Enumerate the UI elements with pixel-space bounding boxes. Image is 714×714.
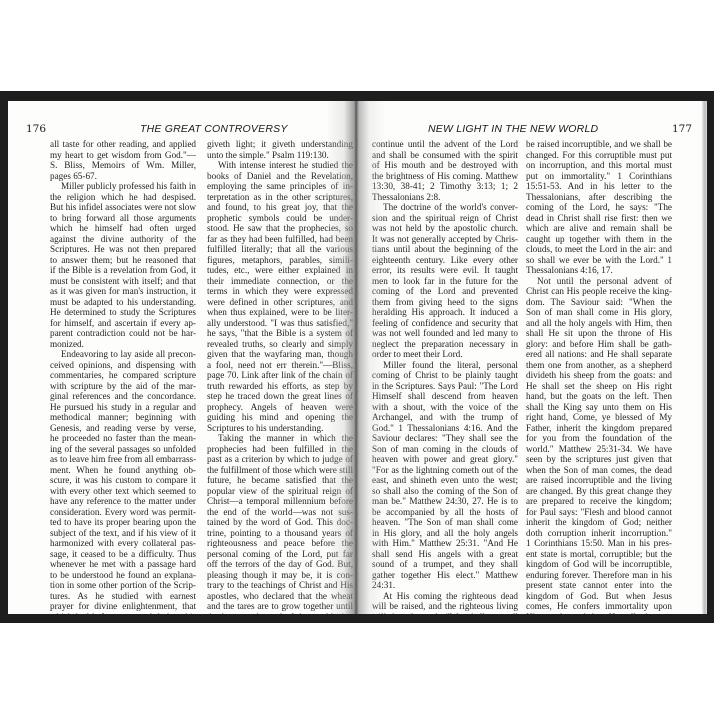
text-line: glory: and before Him shall be gath-	[526, 339, 672, 350]
text-line: caught up together with them in the	[526, 234, 672, 245]
text-line: was not well founded and led many to	[372, 328, 518, 339]
text-line: are raised incorruptible and the living	[526, 475, 672, 486]
text-line: a fool, need not err therein."—Bliss,	[207, 360, 353, 371]
text-line: stood. He saw that the prophecies, so	[207, 223, 353, 234]
text-line: will be raised, and the righteous living	[372, 601, 518, 612]
text-line: was not held by the apostolic church.	[372, 223, 518, 234]
right-page-number: 177	[672, 123, 692, 135]
paragraph: Taking the manner in which theprophecies…	[207, 433, 353, 614]
text-line: as to leave him free from all embarrass-	[50, 454, 196, 465]
text-line: parent contradiction could not be har-	[50, 328, 196, 339]
text-line: Scriptures to his understanding.	[207, 423, 353, 434]
text-line: trary to the teachings of Christ and His	[207, 580, 353, 591]
paragraph: The doctrine of the world's conver-sion …	[372, 202, 518, 360]
text-line: the harvest, the end of the world; that	[207, 612, 353, 615]
text-line: But his infidel associates were not slow	[50, 202, 196, 213]
paragraph: giveth light; it giveth understandingunt…	[207, 139, 353, 160]
text-line: shall the King say unto them on His	[526, 402, 672, 413]
text-line: for Paul says: "Flesh and blood cannot	[526, 507, 672, 518]
text-line: will be changed. "We shall not all	[372, 612, 518, 615]
text-line: Christ can His people receive the king-	[526, 286, 672, 297]
text-line: for himself, and ascertain if every ap-	[50, 318, 196, 329]
text-line: which had before appeared dark to his	[50, 612, 196, 615]
paragraph: Miller publicly professed his faith inth…	[50, 181, 196, 349]
text-line: to bring forward all those arguments	[50, 213, 196, 224]
text-line: my heart to get wisdom from God."—	[50, 150, 196, 161]
text-line: tained by the word of God. This doc-	[207, 517, 353, 528]
text-line: all taste for other reading, and applied	[50, 139, 196, 150]
text-line: eighteenth century. Like every other	[372, 255, 518, 266]
paragraph: continue until the advent of the Lordand…	[372, 139, 518, 202]
text-line: Not until the personal advent of	[526, 276, 672, 287]
text-line: coming of the Lord and prevented	[372, 286, 518, 297]
text-line: Son of man coming in the clouds of	[372, 444, 518, 455]
text-line: monized.	[50, 339, 196, 350]
text-line: ginal references and the concordance.	[50, 391, 196, 402]
text-line: 13:30, 38-41; 2 Timothy 3:13; 1; 2	[372, 181, 518, 192]
text-line: fulfilled literally; that all the variou…	[207, 244, 353, 255]
text-line: Christ—a temporal millennium before	[207, 496, 353, 507]
text-line: heralding His approach. It induced a	[372, 307, 518, 318]
text-line: tion in some other portion of the Scrip-	[50, 580, 196, 591]
text-line: S. Bliss, Memoirs of Wm. Miller,	[50, 160, 196, 171]
text-line: truth rewarded his efforts, as step by	[207, 381, 353, 392]
text-line: if the Bible is a revelation from God, i…	[50, 265, 196, 276]
text-line: 15:51-53. And in his letter to the	[526, 181, 672, 192]
page-edge	[702, 101, 707, 614]
text-line: have any reference to the matter under	[50, 496, 196, 507]
text-line: man be." Matthew 24:30, 27. He is to	[372, 496, 518, 507]
text-line: employing the same principles of in-	[207, 181, 353, 192]
text-line: shall send His angels with a great	[372, 549, 518, 560]
text-line: kingdom of God. But when Jesus	[526, 591, 672, 602]
text-line: pages 65-67.	[50, 171, 196, 182]
text-line: He shall set the sheep on His right	[526, 381, 672, 392]
text-line: commentaries, he compared scripture	[50, 370, 196, 381]
text-line: With intense interest he studied the	[207, 160, 353, 171]
text-line: ered all nations: and He shall separate	[526, 349, 672, 360]
text-line: continue until the advent of the Lord	[372, 139, 518, 150]
text-line: east, and shineth even unto the west;	[372, 475, 518, 486]
text-line: righteousness and peace before the	[207, 538, 353, 549]
text-line: Thessalonians 2:8.	[372, 192, 518, 203]
text-line: seen by the scriptures just given that	[526, 454, 672, 465]
text-line: popular view of the spiritual reign of	[207, 486, 353, 497]
text-line: ceived opinions, and dispensing with	[50, 360, 196, 371]
right-page: NEW LIGHT IN THE NEW WORLD 177 continue …	[356, 101, 707, 614]
text-line: kingdom of God will be incorruptible,	[526, 559, 672, 570]
text-line: ent state is mortal, corruptible; but th…	[526, 549, 672, 560]
text-line: ally understood. "I was thus satisfied,"	[207, 318, 353, 329]
text-line: their immediate connection, or the	[207, 276, 353, 287]
text-line: are changed. By this great change they	[526, 486, 672, 497]
text-line: were defined in other scriptures, and	[207, 297, 353, 308]
text-line: prophecy. Angels of heaven were	[207, 402, 353, 413]
text-line: sound of a trumpet, and they shall	[372, 559, 518, 570]
text-line: he proceeded no faster than the mean-	[50, 433, 196, 444]
text-line: feeling of confidence and security that	[372, 318, 518, 329]
text-line: Thessalonians 4:16, 17.	[526, 265, 672, 276]
text-line: whenever he met with a passage hard	[50, 559, 196, 570]
text-line: enduring forever. Therefore man in his	[526, 570, 672, 581]
text-line: heaven with power and great glory."	[372, 454, 518, 465]
text-line: God." 1 Thessalonians 4:16. And the	[372, 423, 518, 434]
text-line: Miller publicly professed his faith in	[50, 181, 196, 192]
text-line: sage, it ceased to be a difficulty. Thus	[50, 549, 196, 560]
text-line: Genesis, and reading verse by verse,	[50, 423, 196, 434]
text-line: given that the wayfaring man, though	[207, 349, 353, 360]
text-line: consideration. Every word was permit-	[50, 507, 196, 518]
text-line: put on immortality." 1 Corinthians	[526, 171, 672, 182]
text-line: in His glory, and all the holy angels	[372, 528, 518, 539]
text-line: coming of the Lord, he says: "The	[526, 202, 672, 213]
text-line: so shall we ever be with the Lord." 1	[526, 255, 672, 266]
text-line: of His mouth and be destroyed with	[372, 160, 518, 171]
text-line: off the terrors of the day of God. But,	[207, 559, 353, 570]
text-line: to answer them; but he reasoned that	[50, 255, 196, 266]
text-line: methodical manner; beginning with	[50, 412, 196, 423]
text-line: pleasing though it may be, it is con-	[207, 570, 353, 581]
text-line: on incorruption, and this mortal must	[526, 160, 672, 171]
right-running-title: NEW LIGHT IN THE NEW WORLD	[428, 123, 598, 135]
text-line: Thessalonians, after describing the	[526, 192, 672, 203]
text-line: clouds, to meet the Lord in the air: and	[526, 244, 672, 255]
text-line: so shall also the coming of the Son of	[372, 486, 518, 497]
paragraph: With intense interest he studied thebook…	[207, 160, 353, 433]
text-line: past as a criterion by which to judge of	[207, 454, 353, 465]
text-line: subject of the text, and if his view of …	[50, 528, 196, 539]
text-line: ted to have its proper bearing upon the	[50, 517, 196, 528]
text-line: 24:31.	[372, 580, 518, 591]
text-line: order to meet their Lord.	[372, 349, 518, 360]
text-line: to be understood he found an explana-	[50, 570, 196, 581]
text-line: shall He sit upon the throne of His	[526, 328, 672, 339]
text-line: changed. For this corruptible must put	[526, 150, 672, 161]
left-page-column-1: all taste for other reading, and applied…	[50, 139, 196, 614]
text-line: page 70. Link after link of the chain of	[207, 370, 353, 381]
text-line: "For as the lightning cometh out of the	[372, 465, 518, 476]
text-line: Father, inherit the kingdom prepared	[526, 423, 672, 434]
text-line: be accompanied by all the hosts of	[372, 507, 518, 518]
text-line: be raised incorruptible, and we shall be	[526, 139, 672, 150]
text-line: unto the simple." Psalm 119:130.	[207, 150, 353, 161]
left-page-column-2: giveth light; it giveth understandingunt…	[207, 139, 353, 614]
text-line: error, its results were evil. It taught	[372, 265, 518, 276]
text-line: doth corruption inherit incorruption."	[526, 528, 672, 539]
text-line: when thus explained, were to be liter-	[207, 307, 353, 318]
text-line: sion and the spiritual reign of Christ	[372, 213, 518, 224]
text-line: hand, but the goats on the left. Then	[526, 391, 672, 402]
paragraph: be raised incorruptible, and we shall be…	[526, 139, 672, 276]
text-line: neglect the preparation necessary in	[372, 339, 518, 350]
text-line: future, he became satisfied that the	[207, 475, 353, 486]
right-page-column-1: continue until the advent of the Lordand…	[372, 139, 518, 614]
text-line: dom. The Saviour said: "When the	[526, 297, 672, 308]
text-line: the religion which he had despised.	[50, 192, 196, 203]
text-line: far as they had been fulfilled, had been	[207, 234, 353, 245]
text-line: Endeavoring to lay aside all precon-	[50, 349, 196, 360]
text-line: he says, "that the Bible is a system of	[207, 328, 353, 339]
text-line: men to look far in the future for the	[372, 276, 518, 287]
text-line: prophetic symbols could be under-	[207, 213, 353, 224]
text-line: terms in which they were expressed	[207, 286, 353, 297]
text-line: It was not generally accepted by Chris-	[372, 234, 518, 245]
text-line: comes, He confers immortality upon	[526, 601, 672, 612]
text-line: with every other text which seemed to	[50, 486, 196, 497]
text-line: guiding his mind and opening the	[207, 412, 353, 423]
text-line: in the Scriptures. Says Paul: "The Lord	[372, 381, 518, 392]
text-line: with a shout, with the voice of the	[372, 402, 518, 413]
text-line: books of Daniel and the Revelation,	[207, 171, 353, 182]
text-line: harmonized with every collateral pas-	[50, 538, 196, 549]
paragraph: Not until the personal advent ofChrist c…	[526, 276, 672, 615]
text-line: are prepared to receive the kingdom;	[526, 496, 672, 507]
text-line: 1 Corinthians 15:50. Man in his pres-	[526, 538, 672, 549]
text-line: step he traced down the great lines of	[207, 391, 353, 402]
text-line: Scriptures. He was not then prepared	[50, 244, 196, 255]
paragraph: Endeavoring to lay aside all precon-ceiv…	[50, 349, 196, 614]
text-line: the fulfillment of those which were stil…	[207, 465, 353, 476]
text-line: against the divine authority of the	[50, 234, 196, 245]
text-line: and the tares are to grow together until	[207, 601, 353, 612]
text-line: right hand, Come, ye blessed of My	[526, 412, 672, 423]
text-line: and found, to his great joy, that the	[207, 202, 353, 213]
text-line: coming of Christ to be plainly taught	[372, 370, 518, 381]
text-line: personal coming of the Lord, put far	[207, 549, 353, 560]
paragraph: all taste for other reading, and applied…	[50, 139, 196, 181]
text-line: trine, pointing to a thousand years of	[207, 528, 353, 539]
text-line: with scripture by the aid of the mar-	[50, 381, 196, 392]
text-line: and shall be consumed with the spirit	[372, 150, 518, 161]
text-line: His people; and then He calls them to	[526, 612, 672, 615]
text-line: which are alive and remain shall be	[526, 223, 672, 234]
text-line: must be consistent with itself; and that	[50, 276, 196, 287]
right-page-column-2: be raised incorruptible, and we shall be…	[526, 139, 672, 614]
text-line: world." Matthew 25:31-34. We have	[526, 444, 672, 455]
text-line: when the Son of man comes, the dead	[526, 465, 672, 476]
text-line: divideth his sheep from the goats: and	[526, 370, 672, 381]
text-line: terpretation as in the other scriptures,	[207, 192, 353, 203]
text-line: as it was given for man's instruction, i…	[50, 286, 196, 297]
text-line: At His coming the righteous dead	[372, 591, 518, 602]
text-line: Archangel, and with the trump of	[372, 412, 518, 423]
text-line: Son of man shall come in His glory,	[526, 307, 672, 318]
text-line: them one from another, as a shepherd	[526, 360, 672, 371]
text-line: ment. When he found anything ob-	[50, 465, 196, 476]
text-line: ing of the several passages so unfolded	[50, 444, 196, 455]
text-line: and all the holy angels with Him, then	[526, 318, 672, 329]
text-line: tures. As he studied with earnest	[50, 591, 196, 602]
text-line: He determined to study the Scriptures	[50, 307, 196, 318]
left-page-number: 176	[26, 123, 46, 135]
text-line: tudes, etc., were either explained in	[207, 265, 353, 276]
text-line: Taking the manner in which the	[207, 433, 353, 444]
text-line: He pursued his study in a regular and	[50, 402, 196, 413]
text-line: with Him." Matthew 25:31. "And He	[372, 538, 518, 549]
text-line: Himself shall descend from heaven	[372, 391, 518, 402]
book-spread: 176 THE GREAT CONTROVERSY all taste for …	[8, 101, 707, 614]
text-line: figures, metaphors, parables, simili-	[207, 255, 353, 266]
text-line: Saviour declares: "They shall see the	[372, 433, 518, 444]
text-line: present state cannot enter into the	[526, 580, 672, 591]
text-line: them from giving heed to the signs	[372, 297, 518, 308]
text-line: apostles, who declared that the wheat	[207, 591, 353, 602]
text-line: Miller found the literal, personal	[372, 360, 518, 371]
text-line: dead in Christ shall rise first: then we	[526, 213, 672, 224]
text-line: for you from the foundation of the	[526, 433, 672, 444]
text-line: the end of the world—was not sus-	[207, 507, 353, 518]
text-line: tians until about the beginning of the	[372, 244, 518, 255]
text-line: gather together His elect." Matthew	[372, 570, 518, 581]
left-page: 176 THE GREAT CONTROVERSY all taste for …	[8, 101, 356, 614]
text-line: the brightness of His coming. Matthew	[372, 171, 518, 182]
text-line: must be adapted to his understanding.	[50, 297, 196, 308]
text-line: scure, it was his custom to compare it	[50, 475, 196, 486]
text-line: revealed truths, so clearly and simply	[207, 339, 353, 350]
text-line: The doctrine of the world's conver-	[372, 202, 518, 213]
text-line: which he himself had often urged	[50, 223, 196, 234]
text-line: prophecies had been fulfilled in the	[207, 444, 353, 455]
text-line: inherit the kingdom of God; neither	[526, 517, 672, 528]
text-line: giveth light; it giveth understanding	[207, 139, 353, 150]
text-line: heaven. "The Son of man shall come	[372, 517, 518, 528]
left-running-title: THE GREAT CONTROVERSY	[140, 123, 288, 135]
paragraph: Miller found the literal, personalcoming…	[372, 360, 518, 591]
text-line: prayer for divine enlightenment, that	[50, 601, 196, 612]
paragraph: At His coming the righteous deadwill be …	[372, 591, 518, 615]
